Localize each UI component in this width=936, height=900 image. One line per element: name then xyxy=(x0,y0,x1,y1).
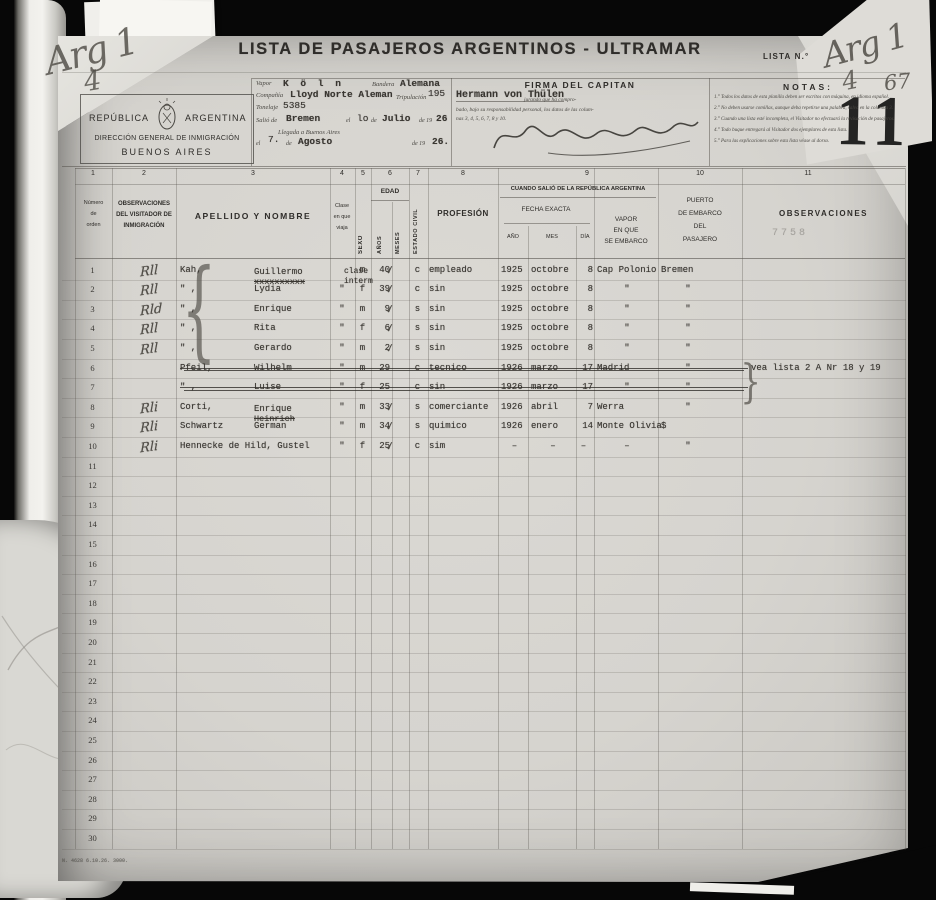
table-row: 26 xyxy=(0,751,936,771)
cell-dia: 8 xyxy=(574,319,593,339)
cell-given: Lydia xyxy=(254,280,330,300)
table-row: 24 xyxy=(0,711,936,731)
table-row: 5Rll" ,Gerardo"m2✓ssin1925octobre8"" xyxy=(0,339,936,359)
edad-checkmark: ✓ xyxy=(383,260,397,280)
cell-estado: s xyxy=(408,300,427,320)
table-row: 9RliSchwartzGerman"m34✓squimico1926enero… xyxy=(0,417,936,437)
table-row: 11 xyxy=(0,457,936,477)
cell-n: 6 xyxy=(75,359,110,379)
cell-estado: s xyxy=(408,319,427,339)
table-body: 1RllKah,Guillermoxxxxxxxxxxclaseintermm4… xyxy=(0,0,936,900)
cell-vapor: " xyxy=(597,280,657,300)
table-row: 4Rll" ,Rita"f6✓ssin1925octobre8"" xyxy=(0,319,936,339)
row-strikethrough xyxy=(180,387,748,388)
cell-vapor: Werra xyxy=(597,398,657,418)
cell-mes: enero xyxy=(531,417,575,437)
table-row: 25 xyxy=(0,731,936,751)
cell-clase: " xyxy=(328,398,356,418)
cell-n: 24 xyxy=(75,711,110,731)
cell-mes: abril xyxy=(531,398,575,418)
cell-n: 18 xyxy=(75,594,110,614)
cell-n: 13 xyxy=(75,496,110,516)
cell-profesion: sin xyxy=(429,280,497,300)
cell-dia: 8 xyxy=(574,261,593,281)
cell-vapor: " xyxy=(597,319,657,339)
table-row: 13 xyxy=(0,496,936,516)
cell-estado: c xyxy=(408,261,427,281)
cell-estado: s xyxy=(408,398,427,418)
cell-vapor: " xyxy=(597,339,657,359)
cell-n: 25 xyxy=(75,731,110,751)
cell-dia: 14 xyxy=(574,417,593,437)
cell-profesion: sin xyxy=(429,319,497,339)
table-row: 17 xyxy=(0,574,936,594)
table-row: 16 xyxy=(0,555,936,575)
cell-ano: 1925 xyxy=(501,300,528,320)
cell-n: 7 xyxy=(75,378,110,398)
cell-puerto: " xyxy=(661,398,715,418)
cell-ano: 1925 xyxy=(501,261,528,281)
cell-clase: " xyxy=(328,437,356,457)
cell-n: 10 xyxy=(75,437,110,457)
cell-given: Enrique xyxy=(254,300,330,320)
table-row: 22 xyxy=(0,672,936,692)
cell-estado: c xyxy=(408,280,427,300)
table-row: 30 xyxy=(0,829,936,849)
cell-visitor: Rli xyxy=(140,434,174,459)
cell-clase: claseinterm xyxy=(328,261,356,281)
cell-given: Guillermoxxxxxxxxxx xyxy=(254,261,330,281)
table-row: 7" ,Luise"f25csin1926marzo17"" xyxy=(0,378,936,398)
cell-visitor: Rll xyxy=(140,336,174,361)
cell-profesion: empleado xyxy=(429,261,497,281)
cell-n: 21 xyxy=(75,653,110,673)
cell-n: 14 xyxy=(75,515,110,535)
table-row: 1RllKah,Guillermoxxxxxxxxxxclaseintermm4… xyxy=(0,261,936,281)
cell-vapor: " xyxy=(597,300,657,320)
cell-n: 27 xyxy=(75,770,110,790)
cell-ano: 1926 xyxy=(501,417,528,437)
table-row: 18 xyxy=(0,594,936,614)
cell-mes: octobre xyxy=(531,319,575,339)
cell-given: Rita xyxy=(254,319,330,339)
row-strikethrough xyxy=(180,368,748,369)
cell-surname: Hennecke de Hild, Gustel xyxy=(180,437,340,457)
cell-vapor: Monte Olivia xyxy=(597,417,657,437)
cell-n: 15 xyxy=(75,535,110,555)
given-name: Enrique xyxy=(254,404,292,414)
cell-estado: c xyxy=(408,437,427,457)
cell-estado: s xyxy=(408,417,427,437)
cell-estado: s xyxy=(408,339,427,359)
cell-n: 11 xyxy=(75,457,110,477)
table-row: 23 xyxy=(0,692,936,712)
printer-mark: N. 4628 6.10.26. 3000. xyxy=(62,858,128,864)
cell-puerto: $ xyxy=(661,417,715,437)
table-row: 20 xyxy=(0,633,936,653)
cell-mes: – xyxy=(531,437,575,457)
row-strikethrough xyxy=(184,390,744,391)
cell-dia: 7 xyxy=(574,398,593,418)
cell-ano: – xyxy=(501,437,528,457)
row-strikethrough xyxy=(184,370,744,371)
cell-n: 28 xyxy=(75,790,110,810)
cell-n: 4 xyxy=(75,319,110,339)
cell-given: Gerardo xyxy=(254,339,330,359)
cell-profesion: sin xyxy=(429,339,497,359)
cell-n: 12 xyxy=(75,476,110,496)
given-name: Guillermo xyxy=(254,267,303,277)
table-row: 3Rld" ,Enrique"m9✓ssin1925octobre8"" xyxy=(0,300,936,320)
cell-profesion: sin xyxy=(429,300,497,320)
cell-n: 26 xyxy=(75,751,110,771)
cell-clase: " xyxy=(328,417,356,437)
cell-ano: 1926 xyxy=(501,398,528,418)
cell-given: EnriqueHeinrich xyxy=(254,398,330,418)
table-row: 6Pfeil,Wilhelm"m29ctecnico1926marzo17Mad… xyxy=(0,359,936,379)
cell-profesion: quimico xyxy=(429,417,497,437)
cell-puerto: " xyxy=(661,300,715,320)
table-row: 27 xyxy=(0,770,936,790)
cell-profesion: comerciante xyxy=(429,398,497,418)
cell-mes: octobre xyxy=(531,300,575,320)
table-row: 10RliHennecke de Hild, Gustel"f25✓csim––… xyxy=(0,437,936,457)
cell-n: 8 xyxy=(75,398,110,418)
cell-given: German xyxy=(254,417,330,437)
table-row: 14 xyxy=(0,515,936,535)
cell-puerto: Bremen xyxy=(661,261,715,281)
cell-obs: vea lista 2 A Nr 18 y 19 xyxy=(751,359,905,379)
table-row: 19 xyxy=(0,613,936,633)
cell-ano: 1925 xyxy=(501,339,528,359)
cell-n: 23 xyxy=(75,692,110,712)
cell-n: 20 xyxy=(75,633,110,653)
cell-vapor: Cap Polonio xyxy=(597,261,657,281)
cell-mes: octobre xyxy=(531,339,575,359)
cell-clase: " xyxy=(328,300,356,320)
table-row: 28 xyxy=(0,790,936,810)
cell-dia: 8 xyxy=(574,280,593,300)
cell-n: 5 xyxy=(75,339,110,359)
cell-mes: octobre xyxy=(531,280,575,300)
cell-n: 16 xyxy=(75,555,110,575)
cell-dia: – xyxy=(574,437,593,457)
cell-n: 30 xyxy=(75,829,110,849)
cell-n: 19 xyxy=(75,613,110,633)
table-row: 15 xyxy=(0,535,936,555)
table-row: 2Rll" ,Lydia"f39✓csin1925octobre8"" xyxy=(0,280,936,300)
cell-n: 29 xyxy=(75,809,110,829)
cell-n: 1 xyxy=(75,261,110,281)
cell-n: 9 xyxy=(75,417,110,437)
table-row: 21 xyxy=(0,653,936,673)
cell-puerto: " xyxy=(661,339,715,359)
cell-mes: octobre xyxy=(531,261,575,281)
cell-n: 17 xyxy=(75,574,110,594)
cell-puerto: " xyxy=(661,319,715,339)
cell-puerto: " xyxy=(661,437,715,457)
cell-profesion: sim xyxy=(429,437,497,457)
cell-clase: " xyxy=(328,280,356,300)
cell-n: 22 xyxy=(75,672,110,692)
table-row: 12 xyxy=(0,476,936,496)
scanned-passenger-list-photo: Arg 1 4 Arg 1 4 67 11 LISTA DE PASAJEROS… xyxy=(0,0,936,900)
table-row: 8RliCorti,EnriqueHeinrich"m33✓scomercian… xyxy=(0,398,936,418)
table-row: 29 xyxy=(0,809,936,829)
cell-n: 2 xyxy=(75,280,110,300)
cell-clase: " xyxy=(328,339,356,359)
cell-clase: " xyxy=(328,319,356,339)
cell-n: 3 xyxy=(75,300,110,320)
cell-dia: 8 xyxy=(574,300,593,320)
cell-ano: 1925 xyxy=(501,280,528,300)
cell-ano: 1925 xyxy=(501,319,528,339)
cell-dia: 8 xyxy=(574,339,593,359)
cell-vapor: – xyxy=(597,437,657,457)
cell-puerto: " xyxy=(661,280,715,300)
